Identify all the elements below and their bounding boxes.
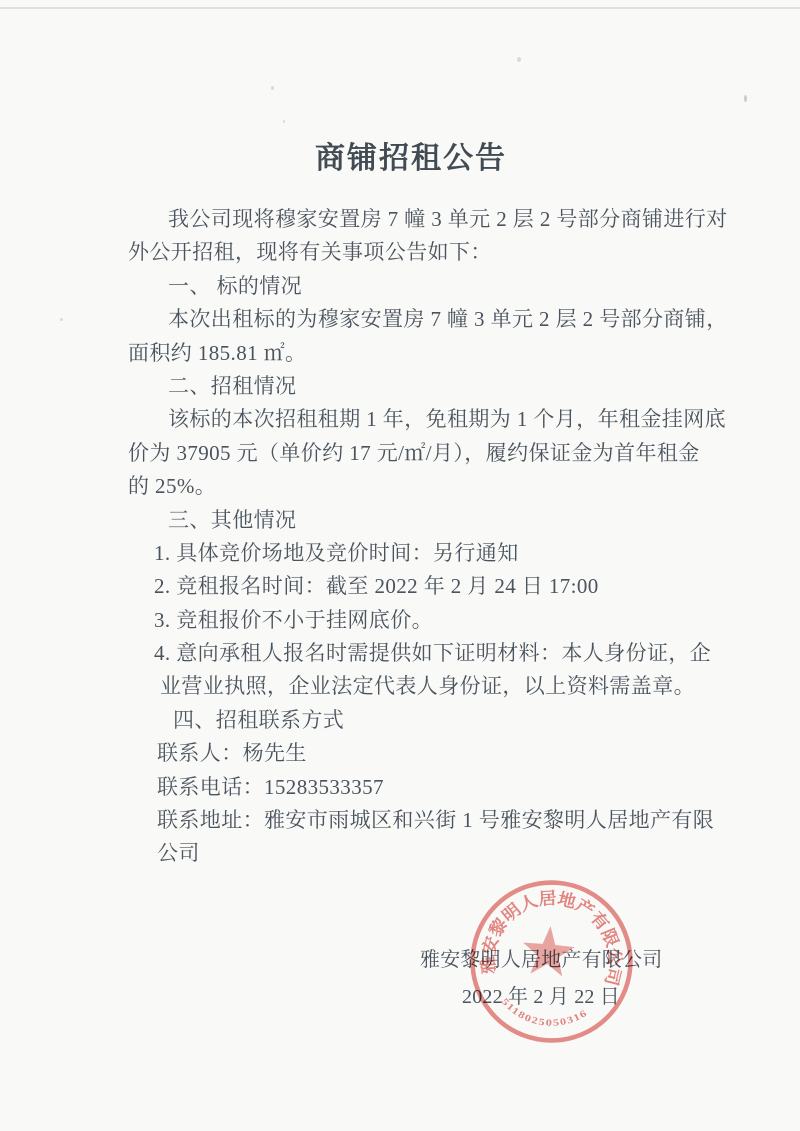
doc-line: 2. 竞租报名时间：截至 2022 年 2 月 24 日 17:00 <box>128 570 768 603</box>
doc-line: 联系电话：15283533357 <box>128 771 768 804</box>
svg-text:雅安黎明人居地产有限公司: 雅安黎明人居地产有限公司 <box>476 882 630 988</box>
doc-body: 我公司现将穆家安置房 7 幢 3 单元 2 层 2 号部分商铺进行对外公开招租，… <box>128 203 768 871</box>
seal-company-arc-text: 雅安黎明人居地产有限公司 <box>476 882 630 988</box>
doc-line: 本次出租标的为穆家安置房 7 幢 3 单元 2 层 2 号部分商铺， <box>128 303 768 336</box>
doc-line: 联系地址：雅安市雨城区和兴街 1 号雅安黎明人居地产有限 <box>128 804 768 837</box>
scanned-document-page: 商铺招租公告 我公司现将穆家安置房 7 幢 3 单元 2 层 2 号部分商铺进行… <box>0 0 800 1131</box>
doc-line: 的 25%。 <box>128 470 768 503</box>
doc-line: 四、招租联系方式 <box>128 704 768 737</box>
seal-star-icon <box>521 924 577 977</box>
doc-line: 4. 意向承租人报名时需提供如下证明材料：本人身份证，企 <box>128 637 768 670</box>
doc-line: 该标的本次招租租期 1 年，免租期为 1 个月，年租金挂网底 <box>128 403 768 436</box>
scan-speck <box>60 318 63 321</box>
scan-edge-artifact <box>0 7 800 9</box>
scan-speck <box>517 57 521 62</box>
doc-line: 三、其他情况 <box>128 504 768 537</box>
doc-line: 公司 <box>128 837 768 870</box>
doc-line: 我公司现将穆家安置房 7 幢 3 单元 2 层 2 号部分商铺进行对 <box>128 203 768 236</box>
document-title: 商铺招租公告 <box>0 133 800 177</box>
scan-speck <box>271 86 274 90</box>
doc-line: 联系人：杨先生 <box>128 737 768 770</box>
doc-line: 3. 竞租报价不小于挂网底价。 <box>128 604 768 637</box>
doc-line: 一、 标的情况 <box>128 270 768 303</box>
doc-line: 外公开招租，现将有关事项公告如下： <box>128 236 768 269</box>
doc-line: 1. 具体竞价场地及竞价时间：另行通知 <box>128 537 768 570</box>
doc-line: 业营业执照，企业法定代表人身份证，以上资料需盖章。 <box>128 670 768 703</box>
doc-line: 价为 37905 元（单价约 17 元/㎡/月），履约保证金为首年租金 <box>128 437 768 470</box>
company-seal: 雅安黎明人居地产有限公司 5118025050316 <box>453 863 649 1059</box>
doc-line: 面积约 185.81 ㎡。 <box>128 337 768 370</box>
doc-line: 二、招租情况 <box>128 370 768 403</box>
scan-speck <box>744 95 747 102</box>
scan-speck <box>283 120 285 123</box>
